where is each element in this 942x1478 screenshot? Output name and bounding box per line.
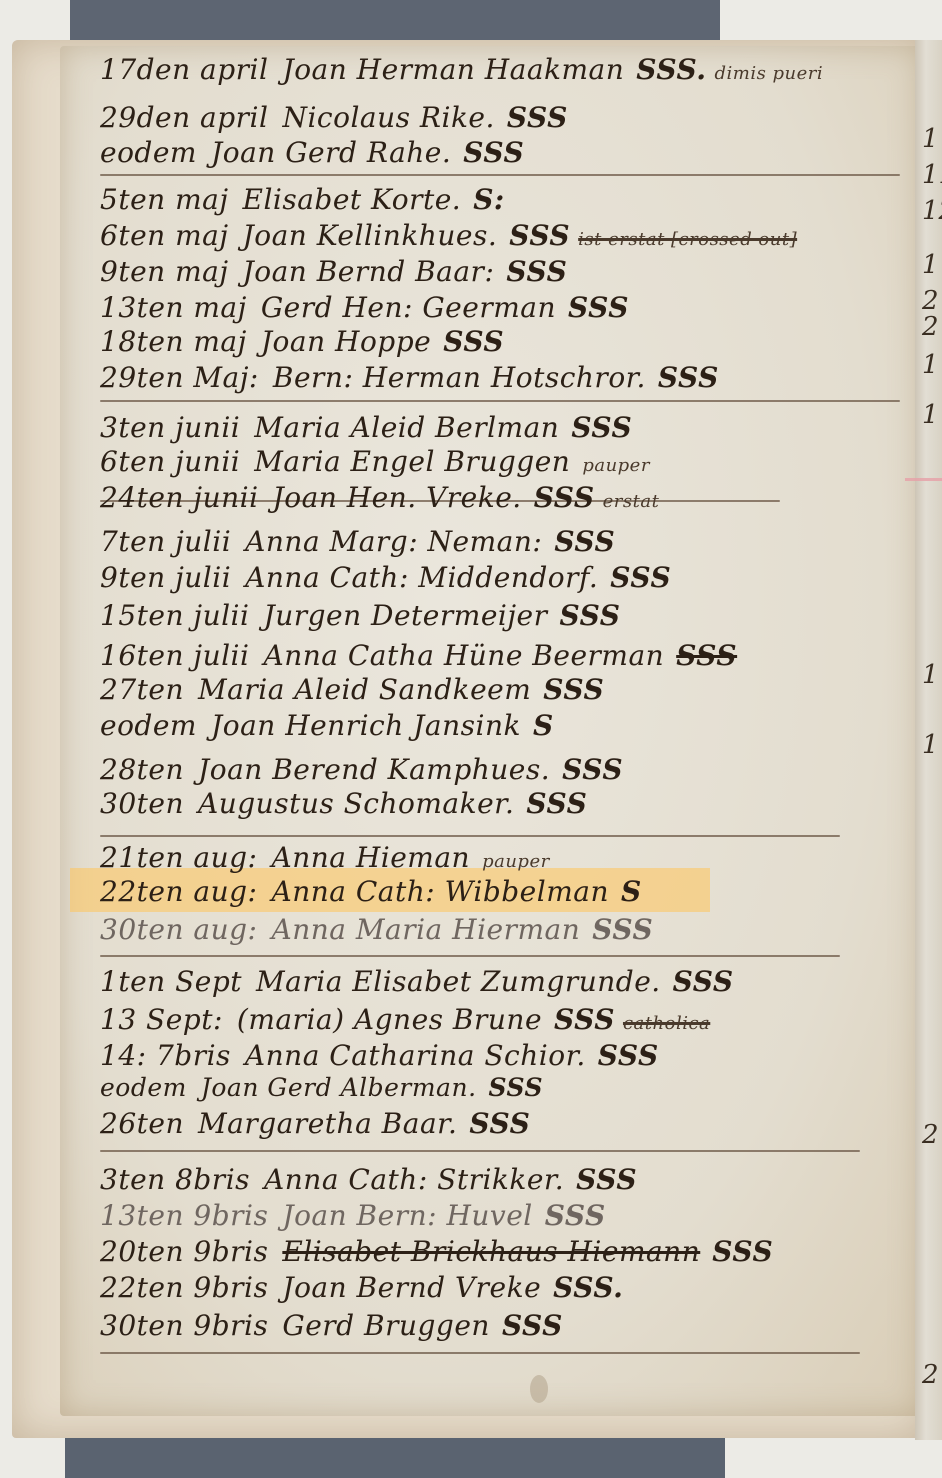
entry-name: Joan Bern: Huvel (282, 1199, 532, 1232)
entry-name: Maria Engel Bruggen (254, 445, 570, 478)
entry-date: 26ten (100, 1107, 184, 1140)
entry: 6ten majJoan Kellinkhues.SSSist erstat [… (100, 216, 797, 256)
entry: 3ten 8brisAnna Cath: Strikker.SSS (100, 1160, 645, 1200)
entry-name: Bern: Herman Hotschror. (273, 361, 646, 394)
entry-date: 30ten aug: (100, 913, 257, 946)
entry-mark: SSS (568, 291, 629, 324)
entry-name: Joan Gerd Alberman. (201, 1073, 477, 1102)
entry-mark: SSS (562, 753, 623, 786)
entry-mark: SSS (610, 561, 671, 594)
entry-mark: SSS (554, 1003, 615, 1036)
entry-date: 6ten maj (100, 219, 229, 252)
entry-date: eodem (100, 136, 197, 169)
entry-name: Elisabet Korte. (243, 183, 462, 216)
entry-name: Anna Hieman (271, 841, 470, 874)
entry-date: 22ten 9bris (100, 1271, 268, 1304)
entry-name: Margaretha Baar. (198, 1107, 457, 1140)
entry-name: (maria) Agnes Brune (237, 1003, 542, 1036)
entry-date: 3ten junii (100, 411, 240, 444)
entry: 29den aprilNicolaus Rike.SSS (100, 98, 576, 138)
entry-date: 30ten (100, 787, 184, 820)
entry-name: Joan Hen. Vreke. (273, 481, 522, 514)
entry: 30ten aug:Anna Maria HiermanSSS (100, 910, 661, 950)
entry-date: 28ten (100, 753, 184, 786)
entry-mark: SSS (559, 599, 620, 632)
entry-mark: SSS (502, 1309, 563, 1342)
entry-name: Anna Cath: Strikker. (264, 1163, 564, 1196)
entry-mark: SSS (545, 1199, 606, 1232)
entry-name: Joan Henrich Jansink (211, 709, 521, 742)
entry: 17den aprilJoan Herman HaakmanSSS.dimis … (100, 50, 823, 90)
entry-date: 29den april (100, 101, 268, 134)
margin-number: 2 (922, 1120, 940, 1150)
margin-number: 12 (922, 196, 940, 226)
entry-name: Gerd Hen: Geerman (261, 291, 556, 324)
entry-date: 21ten aug: (100, 841, 257, 874)
entry-date: 9ten maj (100, 255, 229, 288)
entry: 9ten majJoan Bernd Baar:SSS (100, 252, 575, 292)
entry-name: Anna Cath: Middendorf. (245, 561, 598, 594)
entry: 7ten juliiAnna Marg: Neman:SSS (100, 522, 623, 562)
entry: 27tenMaria Aleid SandkeemSSS (100, 670, 612, 710)
margin-number: 11 (922, 160, 940, 190)
entry: 26tenMargaretha Baar.SSS (100, 1104, 538, 1144)
entry-name: Anna Catha Hüne Beerman (263, 639, 664, 672)
entry: eodemJoan Henrich JansinkS (100, 706, 562, 746)
entry-note: pauper (582, 455, 650, 476)
margin-number: 2 (922, 1360, 940, 1390)
entry-mark: SSS (507, 101, 568, 134)
entry-mark: SSS (676, 639, 737, 672)
entry-date: eodem (100, 1073, 187, 1102)
entry-date: 6ten junii (100, 445, 240, 478)
entry-date: 5ten maj (100, 183, 229, 216)
entry-mark: SSS (509, 219, 570, 252)
entry-mark: SSS (571, 411, 632, 444)
entry-date: eodem (100, 709, 197, 742)
margin-number: 1 (922, 350, 940, 380)
entry-name: Elisabet Brickhaus Hiemann (282, 1235, 700, 1268)
entry-name: Joan Gerd Rahe. (211, 136, 451, 169)
entry: eodemJoan Gerd Alberman.SSS (100, 1068, 551, 1108)
entry-mark: SSS. (553, 1271, 623, 1304)
entry-date: 13ten maj (100, 291, 247, 324)
entry: 13ten 9brisJoan Bern: HuvelSSS (100, 1196, 614, 1236)
margin-number: 1 (922, 124, 940, 154)
entry-date: 13ten 9bris (100, 1199, 268, 1232)
entry-mark: SSS (469, 1107, 530, 1140)
entry: 30tenAugustus Schomaker.SSS (100, 784, 595, 824)
entry-date: 29ten Maj: (100, 361, 259, 394)
entry: 30ten 9brisGerd BruggenSSS (100, 1306, 571, 1346)
entry-name: Joan Hoppe (261, 325, 431, 358)
entry-name: Gerd Bruggen (282, 1309, 490, 1342)
entry-note: erstat (603, 491, 660, 512)
entry-name: Augustus Schomaker. (198, 787, 514, 820)
entry-mark: SSS (592, 913, 653, 946)
entry-mark: SSS (463, 136, 524, 169)
entry-date: 27ten (100, 673, 184, 706)
entry-mark: SSS (443, 325, 504, 358)
entry-name: Joan Berend Kamphues. (198, 753, 550, 786)
entry: 29ten Maj:Bern: Herman Hotschror.SSS (100, 358, 727, 398)
entry-name: Maria Aleid Sandkeem (198, 673, 531, 706)
entry-date: 16ten julii (100, 639, 249, 672)
entry-mark: SSS (576, 1163, 637, 1196)
entry-mark: SSS (506, 255, 567, 288)
margin-number: 2 (922, 312, 940, 342)
margin-number: 1 (922, 660, 940, 690)
entry: 24ten juniiJoan Hen. Vreke.SSSerstat (100, 478, 659, 518)
entry-note: catholica (623, 1013, 710, 1034)
entry-note: dimis pueri (714, 63, 823, 84)
entry-date: 22ten aug: (100, 875, 257, 908)
highlighted-entry: 22ten aug:Anna Cath: WibbelmanS (100, 872, 650, 912)
entry-note: pauper (482, 851, 550, 872)
entry-name: Anna Maria Hierman (271, 913, 580, 946)
entry-mark: SSS. (636, 53, 706, 86)
entry-date: 30ten 9bris (100, 1309, 268, 1342)
entry-mark: SSS (526, 787, 587, 820)
entry-name: Joan Bernd Baar: (243, 255, 495, 288)
entry-name: Joan Herman Haakman (282, 53, 624, 86)
entry-mark: SSS (673, 965, 734, 998)
entry-mark: SSS (543, 673, 604, 706)
entry-mark: SSS (534, 481, 595, 514)
entry-name: Maria Elisabet Zumgrunde. (256, 965, 661, 998)
entry-mark: SSS (658, 361, 719, 394)
entry-date: 17den april (100, 53, 268, 86)
margin-number: 1 (922, 400, 940, 430)
entry-mark: SSS (489, 1073, 544, 1102)
entry: 18ten majJoan HoppeSSS (100, 322, 512, 362)
entry-name: Anna Marg: Neman: (245, 525, 542, 558)
entry-name: Jurgen Determeijer (263, 599, 547, 632)
entry-mark: SSS (598, 1039, 659, 1072)
entry-name: Anna Cath: Wibbelman (271, 875, 609, 908)
entry-date: 9ten julii (100, 561, 231, 594)
entry-name: Joan Kellinkhues. (243, 219, 498, 252)
margin-number: 1 (922, 730, 940, 760)
entry-name: Maria Aleid Berlman (254, 411, 559, 444)
entry: 22ten 9brisJoan Bernd VrekeSSS. (100, 1268, 631, 1308)
entry: 15ten juliiJurgen DetermeijerSSS (100, 596, 628, 636)
entry-date: 20ten 9bris (100, 1235, 268, 1268)
entry-date: 7ten julii (100, 525, 231, 558)
entry-date: 13 Sept: (100, 1003, 223, 1036)
entry-date: 18ten maj (100, 325, 247, 358)
entry-note: ist erstat [crossed out] (578, 229, 797, 250)
entry-name: Nicolaus Rike. (282, 101, 494, 134)
entry-mark: SSS (554, 525, 615, 558)
entry: 20ten 9brisElisabet Brickhaus HiemannSSS (100, 1232, 781, 1272)
entry: 5ten majElisabet Korte.S: (100, 180, 513, 220)
entry-mark: SSS (712, 1235, 773, 1268)
entry-date: 15ten julii (100, 599, 249, 632)
entry-mark: S: (473, 183, 505, 216)
entry-mark: S (621, 875, 642, 908)
entry: 6ten juniiMaria Engel Bruggenpauper (100, 442, 650, 482)
entry-date: 1ten Sept (100, 965, 242, 998)
entry-date: 3ten 8bris (100, 1163, 250, 1196)
entry-mark: S (533, 709, 554, 742)
entry: 1ten SeptMaria Elisabet Zumgrunde.SSS (100, 962, 742, 1002)
entry: 13 Sept:(maria) Agnes BruneSSScatholica (100, 1000, 710, 1040)
entry-date: 24ten junii (100, 481, 259, 514)
entry: eodemJoan Gerd Rahe.SSS (100, 133, 532, 173)
entry-name: Joan Bernd Vreke (282, 1271, 541, 1304)
register-entries: 17den aprilJoan Herman HaakmanSSS.dimis … (0, 0, 942, 1478)
entry: 9ten juliiAnna Cath: Middendorf.SSS (100, 558, 679, 598)
margin-number: 1 (922, 250, 940, 280)
